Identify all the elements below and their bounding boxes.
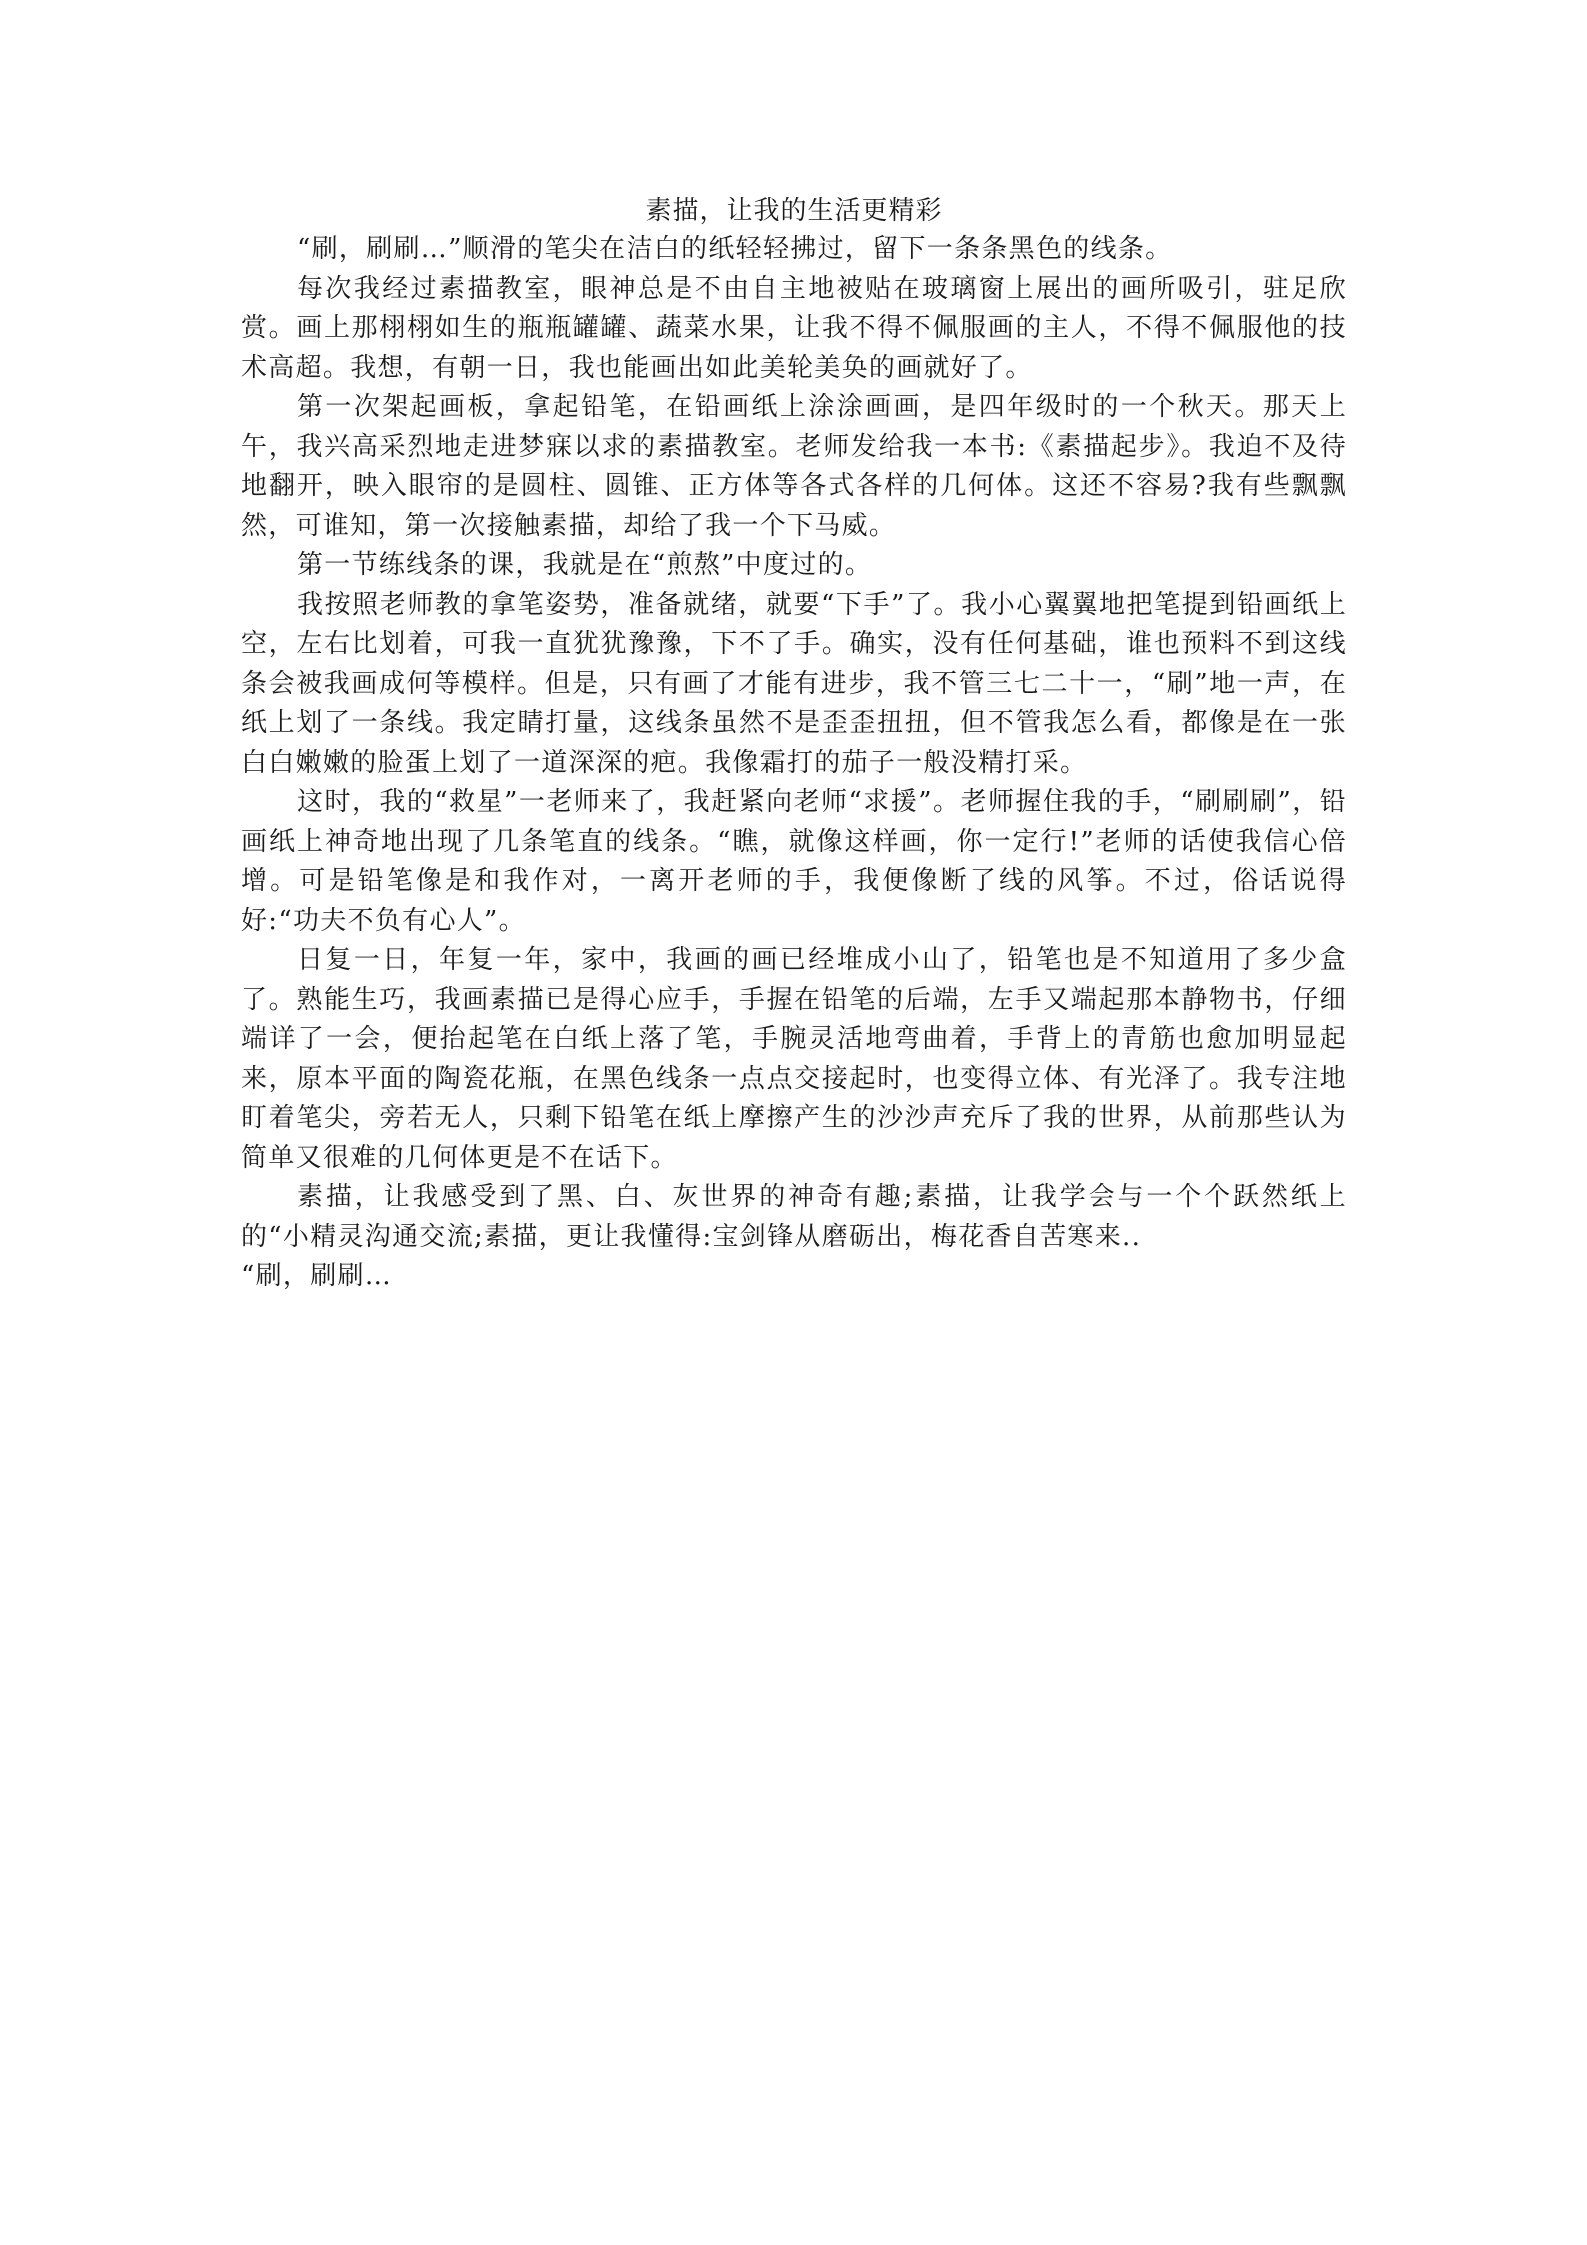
document-title: 素描，让我的生活更精彩 xyxy=(241,192,1347,230)
paragraph-first-lesson: 第一次架起画板，拿起铅笔，在铅画纸上涂涂画画，是四年级时的一个秋天。那天上午，我… xyxy=(241,388,1347,546)
paragraph-closing-sound: “刷，刷刷… xyxy=(241,1257,1347,1297)
paragraph-line-practice: 第一节练线条的课，我就是在“煎熬”中度过的。 xyxy=(241,546,1347,586)
paragraph-passing-classroom: 每次我经过素描教室，眼神总是不由自主地被贴在玻璃窗上展出的画所吸引，驻足欣赏。画… xyxy=(241,270,1347,389)
paragraph-first-line: 我按照老师教的拿笔姿势，准备就绪，就要“下手”了。我小心翼翼地把笔提到铅画纸上空… xyxy=(241,586,1347,784)
paragraph-practice-years: 日复一日，年复一年，家中，我画的画已经堆成小山了，铅笔也是不知道用了多少盒了。熟… xyxy=(241,941,1347,1178)
paragraph-opening-sound: “刷，刷刷…”顺滑的笔尖在洁白的纸轻轻拂过，留下一条条黑色的线条。 xyxy=(241,230,1347,270)
paragraph-conclusion: 素描，让我感受到了黑、白、灰世界的神奇有趣;素描，让我学会与一个个跃然纸上的“小… xyxy=(241,1178,1347,1257)
document-page: 素描，让我的生活更精彩 “刷，刷刷…”顺滑的笔尖在洁白的纸轻轻拂过，留下一条条黑… xyxy=(241,192,1347,1297)
paragraph-teacher-help: 这时，我的“救星”一老师来了，我赶紧向老师“求援”。老师握住我的手，“刷刷刷”，… xyxy=(241,783,1347,941)
